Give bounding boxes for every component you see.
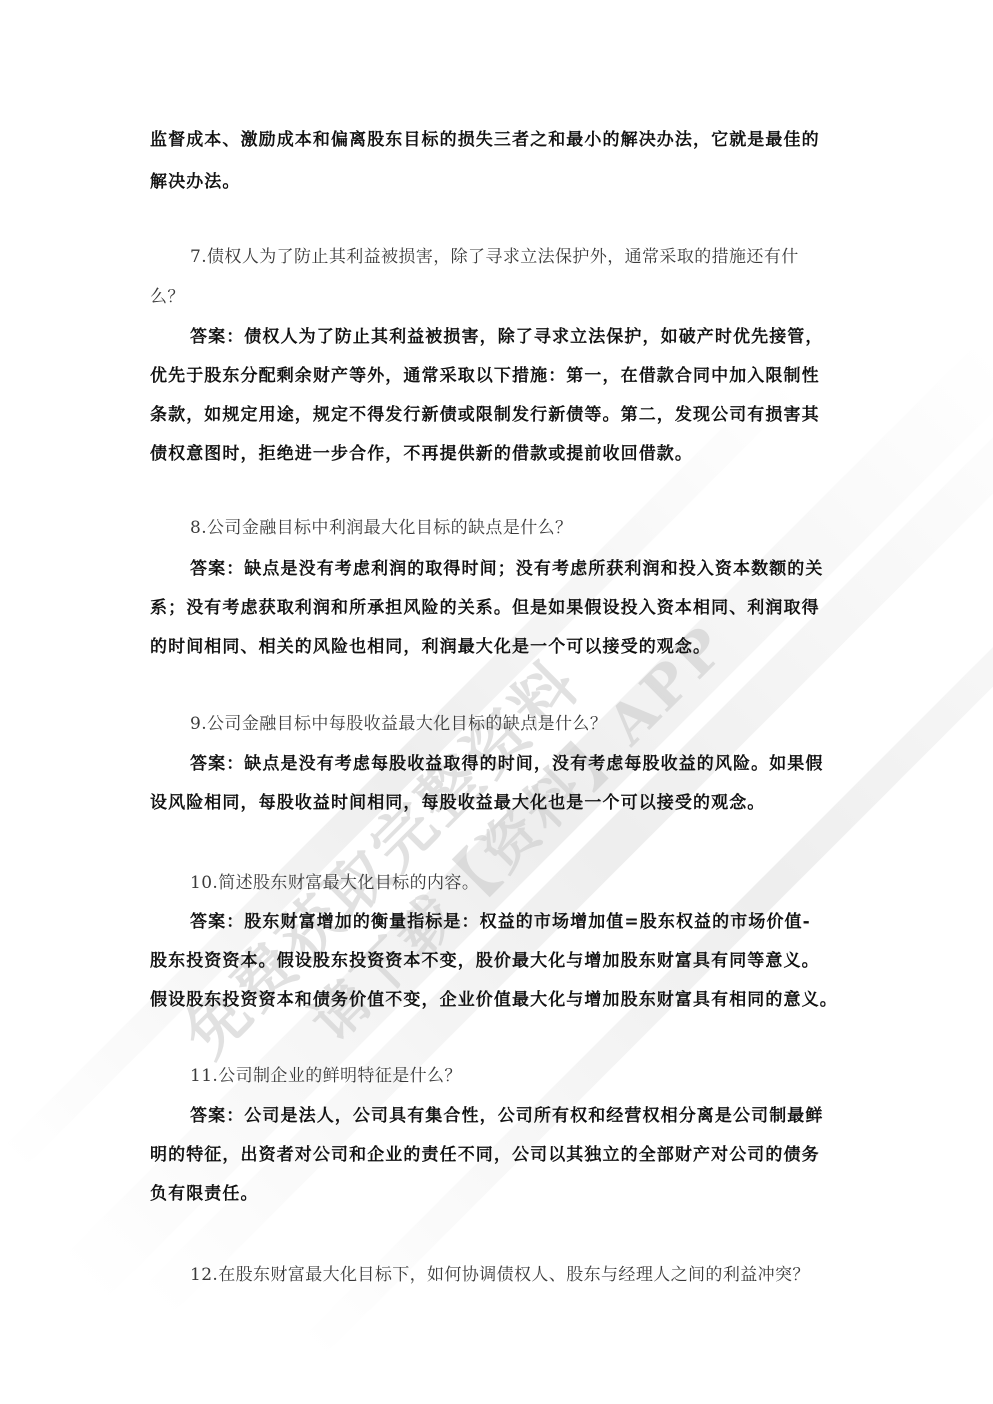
answer-line: 负有限责任。 bbox=[150, 1184, 259, 1204]
question-line: 12.在股东财富最大化目标下，如何协调债权人、股东与经理人之间的利益冲突？ bbox=[190, 1265, 810, 1285]
answer-line: 股东投资资本。假设股东投资资本不变，股价最大化与增加股东财富具有同等意义。 bbox=[150, 951, 820, 971]
answer-line: 答案：公司是法人，公司具有集合性，公司所有权和经营权相分离是公司制最鲜 bbox=[190, 1106, 824, 1126]
answer-line: 答案：债权人为了防止其利益被损害，除了寻求立法保护，如破产时优先接管， bbox=[190, 327, 824, 347]
answer-line: 假设股东投资资本和债务价值不变，企业价值最大化与增加股东财富具有相同的意义。 bbox=[150, 990, 838, 1010]
answer-line: 答案：缺点是没有考虑利润的取得时间；没有考虑所获利润和投入资本数额的关 bbox=[190, 559, 824, 579]
question-line: 11.公司制企业的鲜明特征是什么？ bbox=[190, 1066, 462, 1086]
question-line: 10.简述股东财富最大化目标的内容。 bbox=[190, 873, 479, 893]
watermark-band bbox=[140, 371, 993, 1319]
question-line: 么？ bbox=[150, 287, 185, 307]
question-line: 8.公司金融目标中利润最大化目标的缺点是什么？ bbox=[190, 518, 572, 538]
answer-line: 答案：股东财富增加的衡量指标是：权益的市场增加值=股东权益的市场价值- bbox=[190, 912, 811, 932]
answer-line: 设风险相同，每股收益时间相同，每股收益最大化也是一个可以接受的观念。 bbox=[150, 793, 765, 813]
answer-line: 解决办法。 bbox=[150, 172, 241, 192]
watermark-text-2: 请下载【资料】APP bbox=[290, 604, 742, 1056]
question-line: 7.债权人为了防止其利益被损害，除了寻求立法保护外，通常采取的措施还有什 bbox=[190, 247, 799, 267]
answer-line: 优先于股东分配剩余财产等外，通常采取以下措施：第一，在借款合同中加入限制性 bbox=[150, 366, 820, 386]
watermark: 免费获取完整资料 请下载【资料】APP bbox=[0, 0, 993, 1404]
question-line: 9.公司金融目标中每股收益最大化目标的缺点是什么？ bbox=[190, 714, 607, 734]
answer-line: 系；没有考虑获取利润和所承担风险的关系。但是如果假设投入资本相同、利润取得 bbox=[150, 598, 820, 618]
answer-line: 明的特征，出资者对公司和企业的责任不同，公司以其独立的全部财产对公司的债务 bbox=[150, 1145, 820, 1165]
answer-line: 答案：缺点是没有考虑每股收益取得的时间，没有考虑每股收益的风险。如果假 bbox=[190, 754, 824, 774]
answer-line: 监督成本、激励成本和偏离股东目标的损失三者之和最小的解决办法，它就是最佳的 bbox=[150, 130, 820, 150]
answer-line: 的时间相同、相关的风险也相同，利润最大化是一个可以接受的观念。 bbox=[150, 637, 711, 657]
answer-line: 债权意图时，拒绝进一步合作，不再提供新的借款或提前收回借款。 bbox=[150, 444, 693, 464]
answer-line: 条款，如规定用途，规定不得发行新债或限制发行新债等。第二，发现公司有损害其 bbox=[150, 405, 820, 425]
